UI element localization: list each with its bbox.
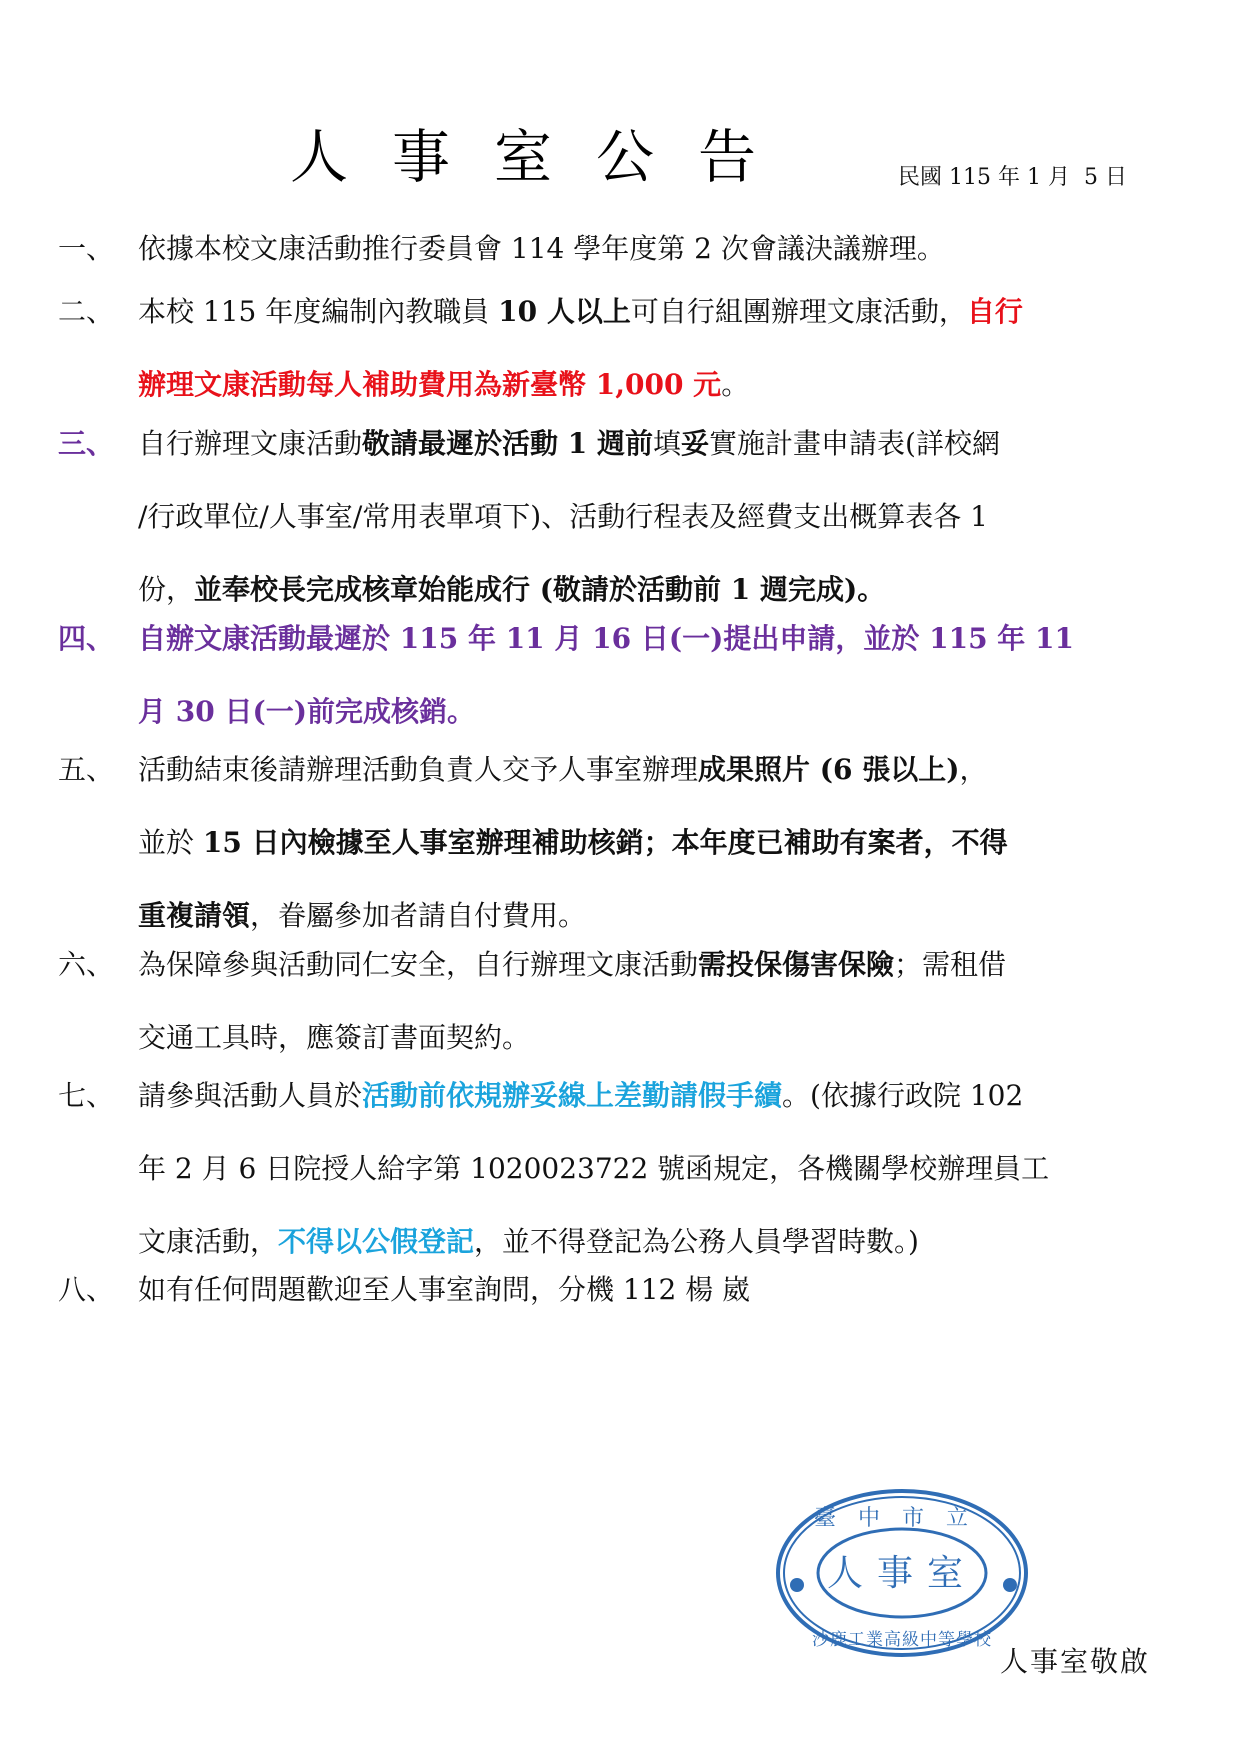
item-line: 本校 115 年度編制內教職員 10 人以上可自行組團辦理文康活動，自行 [138,275,1178,348]
svg-text:沙鹿工業高級中等學校: 沙鹿工業高級中等學校 [812,1630,992,1650]
item-line: 並於 15 日內檢據至人事室辦理補助核銷；本年度已補助有案者，不得 [138,806,1178,879]
text-segment: 可自行組團辦理文康活動， [631,295,967,328]
text-segment: 需投保傷害保險 [698,948,894,981]
item-line: 自辦文康活動最遲於 115 年 11 月 16 日(一)提出申請，並於 115 … [138,602,1178,675]
text-segment: ， [960,753,988,786]
item-line: 自行辦理文康活動敬請最遲於活動 1 週前填妥實施計畫申請表(詳校網 [138,407,1178,480]
text-segment: 自辦文康活動最遲於 115 年 11 月 16 日(一)提出申請，並於 115 … [138,622,1074,655]
svg-text:人事室: 人事室 [827,1553,977,1594]
item-6: 六、為保障參與活動同仁安全，自行辦理文康活動需投保傷害保險；需租借交通工具時，應… [58,928,1178,1074]
text-segment: ；需租借 [894,948,1006,981]
text-segment: 10 人以上 [498,295,631,328]
item-number: 四、 [58,602,138,675]
text-segment: 。(依據行政院 102 [782,1079,1023,1112]
item-line: 如有任何問題歡迎至人事室詢問，分機 112 楊 崴 [138,1253,1178,1326]
text-segment: 活動前依規辦妥線上差勤請假手續 [362,1079,782,1112]
text-segment: 妥 [681,427,709,460]
text-segment: 年 2 月 6 日院授人給字第 1020023722 號函規定，各機關學校辦理員… [138,1152,1049,1185]
text-segment: 依據本校文康活動推行委員會 114 學年度第 2 次會議決議辦理。 [138,232,945,265]
svg-text:臺中市立: 臺中市立 [814,1506,990,1531]
text-segment: 為保障參與活動同仁安全，自行辦理文康活動 [138,948,698,981]
text-segment: 如有任何問題歡迎至人事室詢問，分機 112 楊 崴 [138,1273,750,1306]
text-segment: 活動結束後請辦理活動負責人交予人事室辦理 [138,753,698,786]
text-segment: 本校 115 年度編制內教職員 [138,295,498,328]
text-segment: 交通工具時，應簽訂書面契約。 [138,1021,530,1054]
text-segment: 成果照片 (6 張以上) [698,753,959,786]
page-title: 人事室公告 [290,128,800,186]
item-2: 二、本校 115 年度編制內教職員 10 人以上可自行組團辦理文康活動，自行辦理… [58,275,1178,421]
text-segment: 自行 [967,295,1023,328]
item-3: 三、自行辦理文康活動敬請最遲於活動 1 週前填妥實施計畫申請表(詳校網/行政單位… [58,407,1178,626]
text-segment: 並於 [138,826,203,859]
text-segment: 。 [721,368,749,401]
item-8: 八、如有任何問題歡迎至人事室詢問，分機 112 楊 崴 [58,1253,1178,1326]
text-segment: 實施計畫申請表(詳校網 [709,427,1000,460]
item-line: 年 2 月 6 日院授人給字第 1020023722 號函規定，各機關學校辦理員… [138,1132,1178,1205]
item-line: 請參與活動人員於活動前依規辦妥線上差勤請假手續。(依據行政院 102 [138,1059,1178,1132]
text-segment: 自行辦理文康活動 [138,427,362,460]
text-segment: 15 日內檢據至人事室辦理補助核銷；本年度已補助有案者，不得 [203,826,1008,859]
item-number: 三、 [58,407,138,480]
text-segment: 填 [653,427,681,460]
text-segment: /行政單位/人事室/常用表單項下)、活動行程表及經費支出概算表各 1 [138,500,988,533]
item-line: 活動結束後請辦理活動負責人交予人事室辦理成果照片 (6 張以上)， [138,733,1178,806]
item-number: 五、 [58,733,138,806]
item-line: 為保障參與活動同仁安全，自行辦理文康活動需投保傷害保險；需租借 [138,928,1178,1001]
item-line: /行政單位/人事室/常用表單項下)、活動行程表及經費支出概算表各 1 [138,480,1178,553]
item-7: 七、請參與活動人員於活動前依規辦妥線上差勤請假手續。(依據行政院 102年 2 … [58,1059,1178,1278]
item-5: 五、活動結束後請辦理活動負責人交予人事室辦理成果照片 (6 張以上)，並於 15… [58,733,1178,952]
item-number: 八、 [58,1253,138,1326]
item-number: 六、 [58,928,138,1001]
announcement-date: 民國 115 年 1 月 5 日 [898,160,1127,191]
signoff: 人事室敬啟 [1000,1640,1150,1680]
seal-stamp-icon: 臺中市立 人事室 沙鹿工業高級中等學校 [772,1485,1032,1660]
item-4: 四、自辦文康活動最遲於 115 年 11 月 16 日(一)提出申請，並於 11… [58,602,1178,748]
official-seal: 臺中市立 人事室 沙鹿工業高級中等學校 [772,1485,1032,1660]
text-segment: 請參與活動人員於 [138,1079,362,1112]
text-segment: 月 30 日(一)前完成核銷。 [138,695,475,728]
text-segment: 辦理文康活動每人補助費用為新臺幣 1,000 元 [138,368,721,401]
item-number: 七、 [58,1059,138,1132]
item-number: 二、 [58,275,138,348]
text-segment: 敬請最遲於活動 1 週前 [362,427,653,460]
